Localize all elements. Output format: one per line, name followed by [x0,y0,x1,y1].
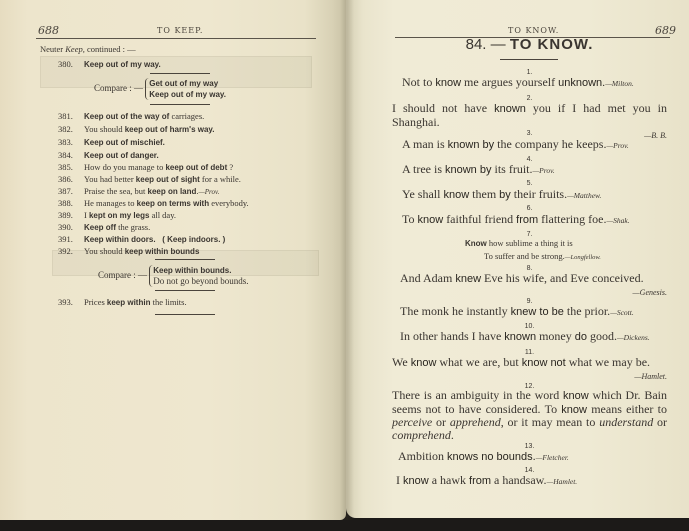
quote-10: In other hands I have known money do goo… [400,330,675,344]
entry-384: 384.Keep out of danger. [58,150,159,160]
entry-383: 383.Keep out of mischief. [58,137,165,147]
quote-12: There is an ambiguity in the word know w… [392,389,667,441]
entry-385: 385.How do you manage to keep out of deb… [58,162,233,172]
book-gutter [340,0,354,520]
entry-381: 381.Keep out of the way of carriages. [58,111,204,121]
entry-388: 388.He manages to keep on terms with eve… [58,198,249,208]
item-number: 3. [392,130,667,137]
entry-389: 389.I kept on my legs all day. [58,210,176,220]
quote-5: Ye shall know them by their fruits.—Matt… [402,188,677,202]
running-head: TO KEEP. [157,26,203,35]
quote-14: I know a hawk from a handsaw.—Hamlet. [396,474,671,488]
page-number: 688 [38,24,59,37]
entry-380: 380.Keep out of my way. [58,59,161,69]
item-number: 6. [392,205,667,212]
entry-390: 390.Keep off the grass. [58,222,150,232]
running-head: TO KNOW. [508,26,559,35]
quote-3: A man is known by the company he keeps.—… [402,138,677,152]
item-number: 5. [392,180,667,187]
rule [155,290,215,291]
quote-7-line-2: To suffer and be strong.—Longfellow. [484,251,601,261]
entry-393: 393.Prices keep within the limits. [58,297,187,307]
rule [150,104,210,105]
quote-1: Not to know me argues yourself unknown.—… [402,76,677,90]
quote-13: Ambition knows no bounds.—Fletcher. [398,450,673,464]
intro-line: Neuter Keep, continued : — [40,44,136,54]
compare-block-1: Compare : — Get out of my way Keep out o… [94,78,226,100]
quote-4: A tree is known by its fruit.—Prov. [402,163,677,177]
quote-7-line-1: Know how sublime a thing it is [465,238,573,248]
entry-391: 391.Keep within doors. ( Keep indoors. ) [58,234,225,244]
entry-392: 392.You should keep within bounds [58,246,199,256]
item-number: 7. [392,231,667,238]
entry-387: 387.Praise the sea, but keep on land.—Pr… [58,186,219,196]
quote-6: To know faithful friend from flattering … [402,213,677,227]
rule [500,59,558,60]
chapter-title: 84. — TO KNOW. [392,36,667,53]
left-page: 688 TO KEEP. Neuter Keep, continued : — … [0,0,346,520]
entry-386: 386.You had better keep out of sight for… [58,174,241,184]
rule [150,73,210,74]
rule [155,259,215,260]
compare-block-2: Compare : — Keep within bounds. Do not g… [98,265,249,287]
quote-9: The monk he instantly knew to be the pri… [400,305,675,319]
quote-11: We know what we are, but know not what w… [392,356,667,383]
entry-382: 382.You should keep out of harm's way. [58,124,215,134]
quote-8: And Adam knew Eve his wife, and Eve conc… [400,272,667,299]
header-rule [36,38,316,39]
rule [155,314,215,315]
